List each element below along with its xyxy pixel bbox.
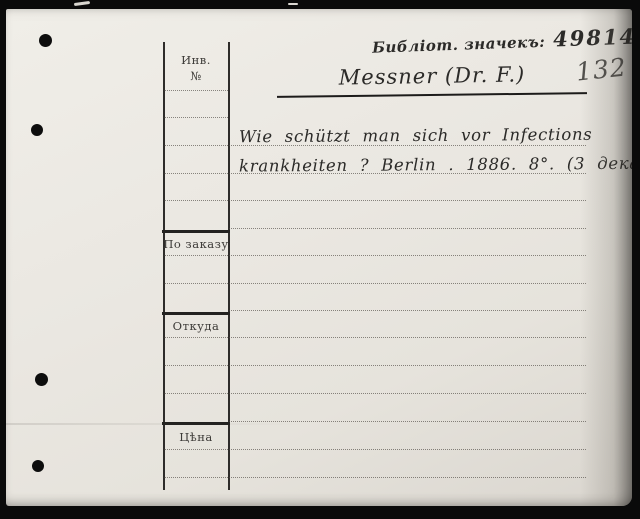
ruled-line: [164, 365, 586, 366]
scanned-page: { "colors": { "background": "#0a0a0a", "…: [0, 0, 640, 519]
origin-label: Откуда: [163, 319, 229, 335]
author-heading: Messner (Dr. F.): [277, 61, 587, 90]
ruled-line: [164, 449, 586, 450]
ruled-line: [164, 117, 228, 118]
scan-speck: [288, 3, 298, 5]
ruled-line: [229, 228, 586, 229]
punch-hole: [39, 34, 52, 47]
author-underline: [277, 92, 587, 98]
column-separator: [162, 230, 230, 233]
catalog-card: Инв. № По заказу Откуда Цѣна Библіот. зн…: [6, 9, 632, 506]
number-sign: №: [163, 69, 229, 85]
ruled-line: [164, 283, 586, 284]
title-line-1: Wie schützt man sich vor Infections: [239, 125, 593, 146]
punch-hole: [32, 460, 44, 472]
ruled-line: [229, 421, 586, 422]
ruled-line: [164, 477, 586, 478]
ruled-line: [164, 255, 586, 256]
inventory-number-label: Инв. №: [163, 53, 229, 84]
ruled-line: [164, 200, 586, 201]
ruled-line: [229, 310, 586, 311]
ruled-line: [164, 337, 586, 338]
scan-speck: [74, 1, 90, 6]
ruled-line: [164, 90, 228, 91]
column-separator: [162, 312, 230, 315]
library-stamp-line: Библіот. значекъ:49814.: [372, 23, 632, 58]
price-label: Цѣна: [163, 430, 229, 446]
title-line-2: krankheiten ? Berlin . 1886. 8°. (3 дека…: [239, 153, 632, 175]
paper-crease: [6, 423, 306, 425]
punch-hole: [31, 124, 43, 136]
punch-hole: [35, 373, 48, 386]
stamp-label: Библіот. значекъ:: [372, 33, 546, 57]
inventory-label-text: Инв.: [163, 53, 229, 69]
ruled-line: [164, 393, 586, 394]
stamp-number: 49814.: [553, 23, 632, 51]
order-label: По заказу: [163, 237, 229, 253]
